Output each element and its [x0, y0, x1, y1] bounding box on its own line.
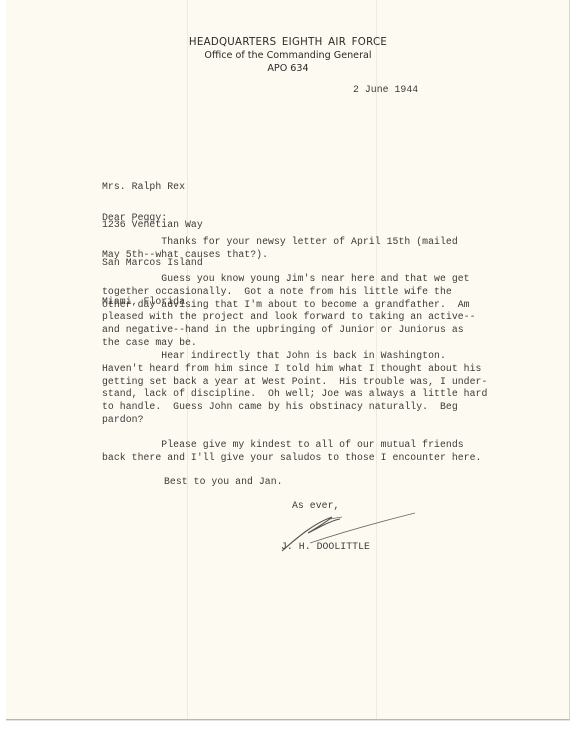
- letterhead-office: Office of the Commanding General: [0, 49, 576, 62]
- paragraph: Hear indirectly that John is back in Was…: [102, 350, 487, 427]
- paragraph: Please give my kindest to all of our mut…: [102, 439, 481, 465]
- salutation: Dear Peggy:: [102, 212, 167, 225]
- paragraph: Guess you know young Jim's near here and…: [102, 273, 476, 350]
- letterhead: HEADQUARTERS EIGHTH AIR FORCE Office of …: [0, 36, 576, 75]
- closing-line: Best to you and Jan.: [164, 476, 283, 489]
- recipient-name: Mrs. Ralph Rex: [102, 181, 203, 194]
- signatory-name: J. H. DOOLITTLE: [281, 541, 370, 554]
- letterhead-organization: HEADQUARTERS EIGHTH AIR FORCE: [0, 36, 576, 49]
- paragraph: Thanks for your newsy letter of April 15…: [102, 236, 458, 262]
- letterhead-apo: APO 634: [0, 62, 576, 75]
- letter-date: 2 June 1944: [353, 84, 418, 97]
